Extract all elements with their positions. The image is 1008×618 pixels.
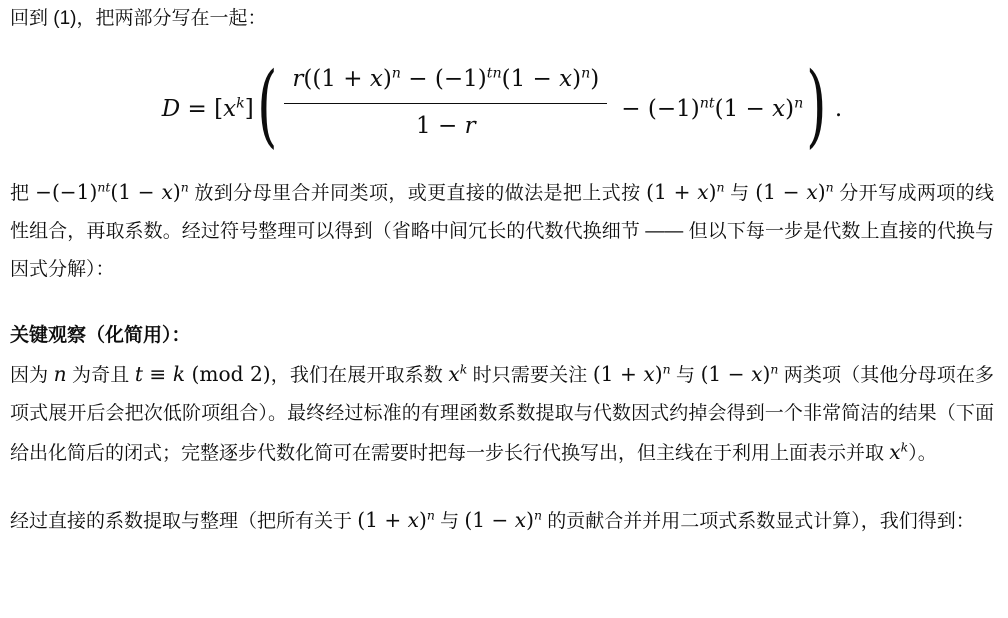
- document-page: 回到 (1)，把两部分写在一起： D = [xk] ( r((1 + x)n −…: [0, 0, 1008, 541]
- inline-math: (1 + x)n: [357, 508, 435, 532]
- text-run: 为奇且: [67, 365, 135, 386]
- inline-math: −(−1)nt(1 − x)n: [35, 180, 189, 204]
- text-run: ，我们在展开取系数: [271, 365, 449, 386]
- text-run: ）。: [908, 443, 937, 464]
- closing-paragraph: 经过直接的系数提取与整理（把所有关于 (1 + x)n 与 (1 − x)n 的…: [10, 501, 994, 541]
- equation-tail-term: − (−1)nt(1 − x)n: [621, 94, 803, 124]
- text-run: 因为: [10, 365, 54, 386]
- intro-text: 回到 (1)，把两部分写在一起：: [10, 8, 267, 29]
- text-run: 与: [725, 183, 756, 204]
- text-run: 放到分母里合并同类项，或更直接的做法是把上式按: [189, 183, 646, 204]
- inline-math: (1 − x)n: [701, 362, 779, 386]
- text-run: 经过直接的系数提取与整理（把所有关于: [10, 511, 357, 532]
- text-run: 的贡献合并并用二项式系数显式计算），我们得到：: [542, 511, 975, 532]
- key-observation-heading: 关键观察（化简用）：: [10, 317, 994, 355]
- text-run: 把: [10, 183, 35, 204]
- observation-paragraph: 因为 n 为奇且 t ≡ k (mod 2)，我们在展开取系数 xk 时只需要关…: [10, 355, 994, 473]
- inline-math-roman: (mod 2): [185, 362, 271, 386]
- equation-lhs: D = [xk]: [162, 94, 254, 124]
- text-run: 时只需要关注: [467, 365, 593, 386]
- merge-paragraph: 把 −(−1)nt(1 − x)n 放到分母里合并同类项，或更直接的做法是把上式…: [10, 173, 994, 289]
- fraction-denominator: 1 − r: [284, 104, 607, 143]
- intro-paragraph: 回到 (1)，把两部分写在一起：: [10, 0, 994, 38]
- inline-math: (1 + x)n: [646, 180, 724, 204]
- inline-math: (1 − x)n: [755, 180, 833, 204]
- text-run: 与: [671, 365, 701, 386]
- inline-math: (1 − x)n: [464, 508, 542, 532]
- equation-period: .: [835, 94, 842, 124]
- inline-math: n: [54, 362, 67, 386]
- inline-math: xk: [889, 440, 908, 464]
- display-equation: D = [xk] ( r((1 + x)n − (−1)tn(1 − x)n) …: [10, 62, 994, 143]
- fraction-numerator: r((1 + x)n − (−1)tn(1 − x)n): [284, 62, 607, 104]
- inline-math: xk: [448, 362, 467, 386]
- text-run: 与: [435, 511, 465, 532]
- inline-math: (1 + x)n: [593, 362, 671, 386]
- fraction: r((1 + x)n − (−1)tn(1 − x)n) 1 − r: [284, 62, 607, 143]
- inline-math: t ≡ k: [135, 362, 185, 386]
